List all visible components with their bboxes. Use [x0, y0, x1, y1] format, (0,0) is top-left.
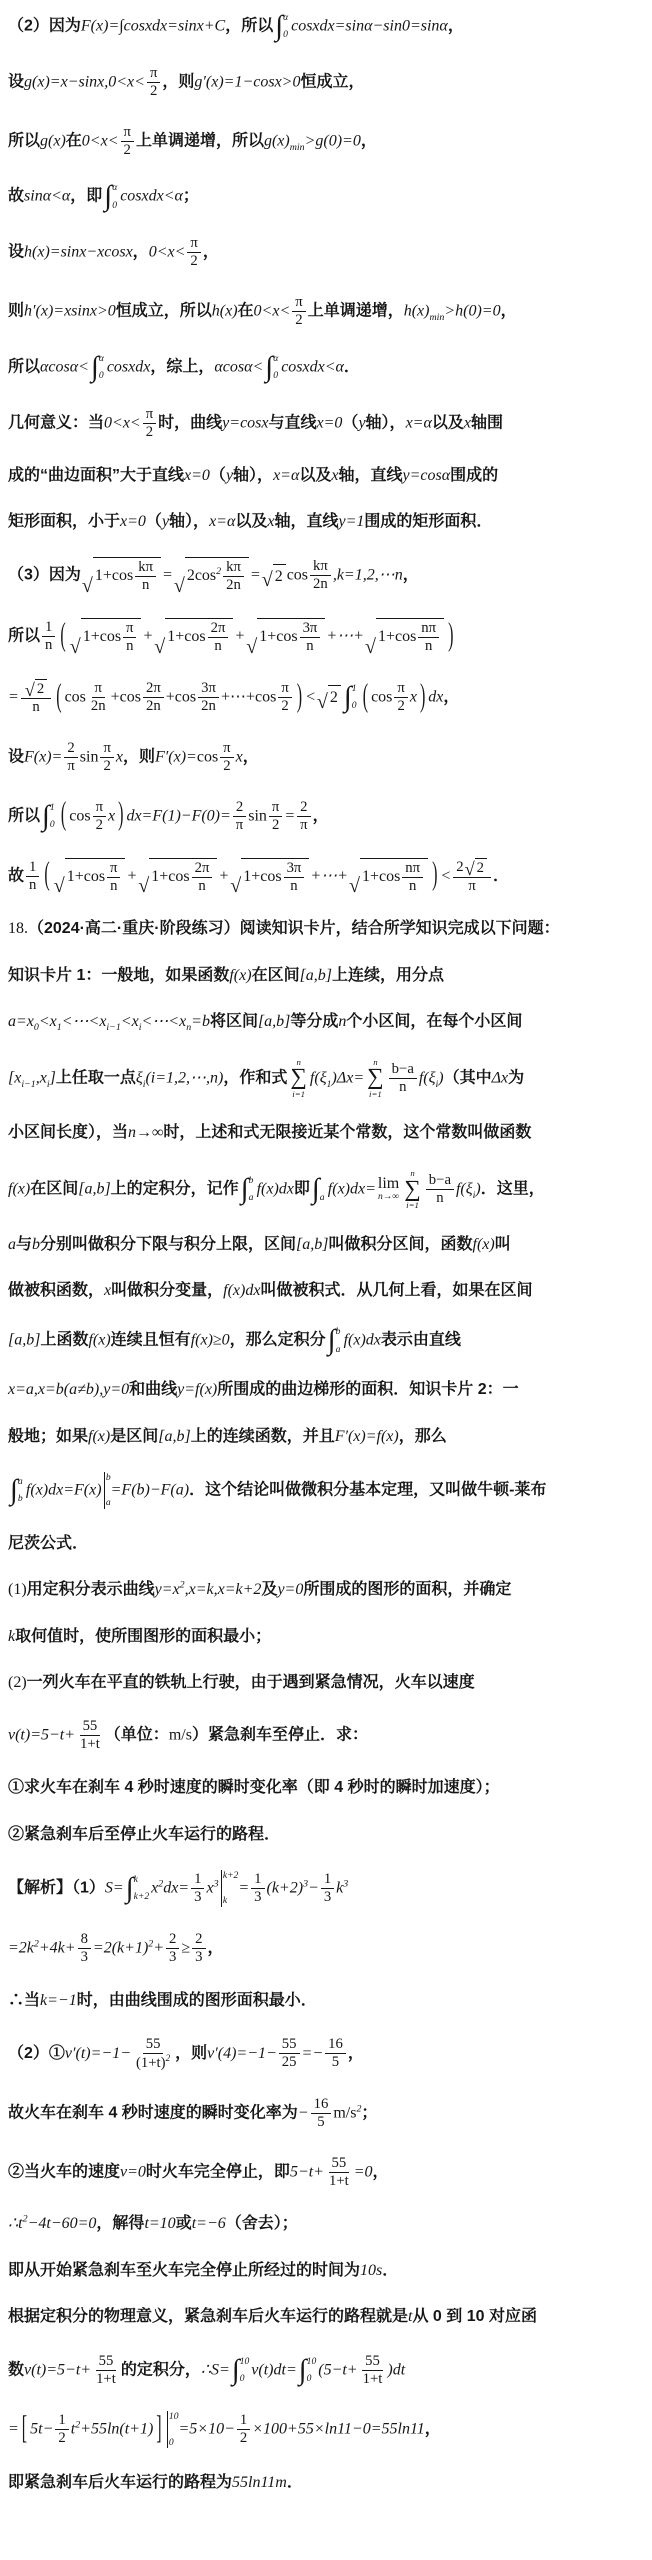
math-run: =0 [354, 2163, 373, 2180]
fraction: kπ2n [223, 559, 244, 594]
text-run: ， [501, 303, 517, 320]
document-line-47: 即紧急刹车后火车运行的路程为55ln11m． [8, 2472, 648, 2494]
text-run: 即紧急刹车后火车运行的路程为 [8, 2474, 232, 2491]
math-run: y=cosx [222, 414, 268, 431]
fraction: π2 [100, 740, 113, 775]
big-bracket: ) [118, 794, 123, 840]
fraction: 551+t [360, 2353, 386, 2388]
math-run: x [236, 749, 243, 766]
math-run: t=10 [144, 2215, 175, 2232]
text-run: ． [287, 2474, 303, 2491]
math-run: + [234, 628, 245, 645]
fraction: 12 [55, 2412, 68, 2447]
text-run: 为 [508, 1069, 524, 1086]
fraction: πn [123, 620, 136, 655]
fraction: π2 [278, 680, 291, 715]
text-run: 轴）， [169, 513, 209, 530]
math-roman-run: +⋯+cos [221, 689, 276, 706]
text-run: 上连续，用分点 [332, 967, 444, 984]
big-bracket: ] [156, 2407, 161, 2453]
text-run: ， [373, 2163, 389, 2180]
math-run: = [284, 807, 295, 824]
fraction: 13 [321, 1871, 334, 1906]
radical: √1+cos2πn [138, 858, 217, 895]
text-run: 故 [8, 188, 24, 205]
text-run: ，所以 [225, 18, 273, 35]
text-run: 上的连续函数，并且 [191, 1428, 335, 1445]
math-run: (5−t+ [318, 2361, 357, 2378]
radical: √1+cosπn [54, 858, 126, 895]
document-line-2: 设g(x)=x−sinx,0<x<π2，则g′(x)=1−cosx>0恒成立， [8, 65, 648, 100]
text-run: （舍去）； [226, 2215, 298, 2232]
math-run: [a,b] [258, 1013, 290, 1030]
text-run: 从 0 到 10 对应函 [412, 2308, 536, 2325]
radical: √1+cos3πn [246, 618, 325, 655]
fraction: 23 [192, 1931, 205, 1966]
math-run: + [126, 867, 137, 884]
text-run: 以及 [235, 513, 267, 530]
math-roman-run: 2cos [187, 567, 216, 584]
math-run: + [218, 867, 229, 884]
document-line-20: [xi−1,xi]上任取一点ξi(i=1,2,⋯,n)，作和式n∑i=1f(ξ1… [8, 1058, 648, 1099]
fraction: π2n [88, 680, 109, 715]
text-run: 上函数 [40, 1332, 88, 1349]
math-roman-run: cos [69, 807, 90, 824]
document-line-13: =√2n(cosπ2n+cos2π2n+cos3π2n+⋯+cosπ2)<√2∫… [8, 679, 648, 716]
math-run: y [358, 414, 365, 431]
text-run: 轴，直线 [274, 513, 338, 530]
text-run: ． [493, 867, 509, 884]
big-bracket: ( [363, 675, 368, 721]
subscript: min [429, 312, 444, 323]
math-roman-run: sin [80, 749, 99, 766]
text-run: ，即 [70, 188, 102, 205]
math-run: g(x) [264, 132, 290, 149]
text-run: 所围成的曲边梯形的面积．知识卡片 2：一 [217, 1381, 518, 1398]
text-run: （2）① [8, 2045, 65, 2062]
math-run: x=a,x=b(a≠b),y=0 [8, 1381, 129, 1398]
math-run: t=−6 [192, 2215, 226, 2232]
big-bracket: ) [448, 614, 453, 660]
math-run: (i=1,2,⋯,n) [145, 1069, 223, 1086]
math-run: v(t)dt= [251, 2361, 296, 2378]
math-run: )dt [387, 2361, 405, 2378]
document-line-18: 知识卡片 1：一般地，如果函数f(x)在区间[a,b]上连续，用分点 [8, 965, 648, 987]
text-run: 在 [238, 303, 254, 320]
math-run: h′(x)=xsinx>0 [24, 303, 116, 320]
math-run: αcosα< [214, 359, 263, 376]
math-run: Δx [492, 1069, 509, 1086]
integral: ∫ba [241, 1175, 255, 1204]
radical: √1+cosnπn [349, 858, 428, 895]
document-line-35: ②紧急刹车后至停止火车运行的路程． [8, 1824, 648, 1846]
radical: √2 [25, 679, 47, 698]
math-run: −4t−60=0 [28, 2215, 97, 2232]
subscript: i−1 [21, 1078, 35, 1089]
fraction: πn [107, 860, 120, 895]
fraction: 23 [166, 1931, 179, 1966]
text-run: 或 [176, 2215, 192, 2232]
math-run: αcosα< [40, 359, 89, 376]
text-run: 【解析】（1） [8, 1880, 105, 1897]
math-run: f(ξ [419, 1069, 436, 1086]
math-run: f(x) [473, 1236, 495, 1253]
math-run: ≥ [181, 1939, 190, 1956]
evaluation-bar: k+2k [219, 1870, 239, 1907]
math-run: = [250, 567, 261, 584]
radical: √2 [262, 564, 286, 588]
text-run: 以及 [432, 414, 464, 431]
integral: ∫100 [232, 2356, 249, 2385]
integral: ∫kk+2 [126, 1874, 149, 1903]
fraction: 165 [311, 2096, 332, 2131]
text-run: 及 [261, 1581, 277, 1598]
fraction: 5525 [279, 2036, 300, 2071]
document-line-31: k取何值时，使所围图形的面积最小； [8, 1626, 648, 1648]
math-roman-run: 1+cos [167, 628, 205, 645]
text-run: 叫做积分变量， [111, 1282, 223, 1299]
fraction: nπn [402, 860, 423, 895]
text-run: ，解得 [96, 2215, 144, 2232]
text-run: 以及 [299, 467, 331, 484]
superscript: 2 [216, 566, 221, 577]
math-run: sinα<α [24, 188, 70, 205]
math-run: ,k=1,2,⋯n [333, 567, 403, 584]
big-bracket: ( [61, 794, 66, 840]
text-run: 在 [66, 132, 82, 149]
math-run: − [308, 1880, 319, 1897]
document-line-34: ①求火车在刹车 4 秒时速度的瞬时变化率（即 4 秒时的瞬时加速度）； [8, 1777, 648, 1799]
math-run: cosxdx<α [281, 359, 344, 376]
math-run: <x [39, 1013, 57, 1030]
text-run: ， [243, 749, 259, 766]
math-roman-run: (1+t) [136, 2055, 166, 2071]
text-run: 几何意义：当 [8, 414, 104, 431]
math-run: [a,b] [296, 1236, 328, 1253]
math-run: f(x)dx [344, 1332, 381, 1349]
document-line-36: 【解析】（1）S=∫kk+2x2dx=13x3k+2k=13(k+2)3−13k… [8, 1870, 648, 1907]
text-run: 时火车完全停止，即 [146, 2163, 290, 2180]
math-roman-run: (2) [8, 1674, 27, 1691]
text-run: 成的“曲边面积”大于直线 [8, 467, 184, 484]
text-run: （ [210, 467, 226, 484]
math-run: ∴S= [201, 2361, 230, 2378]
fraction: 2π2n [143, 680, 164, 715]
text-run: 所以 [8, 359, 40, 376]
text-run: ，则 [175, 2045, 207, 2062]
math-run: =2(k+1) [93, 1939, 148, 1956]
text-run: 矩形面积，小于 [8, 513, 120, 530]
text-run: 所以 [8, 628, 40, 645]
math-run: ∴t [8, 2215, 23, 2232]
text-run: 的定积分， [121, 2361, 201, 2378]
text-run: 根据定积分的物理意义，紧急刹车后火车运行的路程就是 [8, 2308, 408, 2325]
text-run: ， [348, 2045, 364, 2062]
fraction: kπ2n [310, 558, 331, 593]
math-run: F(x)= [24, 749, 62, 766]
text-run: 个小区间，在每个小区间 [346, 1013, 522, 1030]
integral: ∫α0 [275, 12, 289, 41]
math-run: x [206, 1880, 213, 1897]
document-line-27: 般地；如果f(x)是区间[a,b]上的连续函数，并且F′(x)=f(x)，那么 [8, 1426, 648, 1448]
math-run: [a,b] [300, 967, 332, 984]
text-run: 叫 [495, 1236, 511, 1253]
math-run: ,x=k,x=k+2 [185, 1581, 262, 1598]
text-run: ． [382, 2262, 398, 2279]
text-run: 上单调递增， [308, 303, 404, 320]
math-run: x [108, 807, 115, 824]
math-run: f(x)dx=F(x) [26, 1482, 102, 1499]
text-run: （单位： [105, 1727, 169, 1744]
integral: ∫100 [299, 2356, 316, 2385]
text-run: 所围成的图形的面积，并确定 [303, 1581, 511, 1598]
fraction: √2n [21, 679, 51, 716]
text-run: 和曲线 [129, 1381, 177, 1398]
fraction: π2 [143, 406, 156, 441]
math-run: +55ln(t+1) [80, 2421, 153, 2438]
math-run: =− [302, 2045, 324, 2062]
radical: √2 [465, 858, 487, 877]
fraction: 2πn [208, 620, 229, 655]
math-run: y=0 [277, 1581, 303, 1598]
fraction: π2 [220, 740, 233, 775]
text-run: 时，由曲线围成的图形面积最小． [77, 1992, 317, 2009]
text-run: ， [313, 807, 329, 824]
math-roman-run: +cos [111, 689, 141, 706]
fraction: 12 [237, 2412, 250, 2447]
math-run: 0<x< [254, 303, 291, 320]
text-run: ②紧急刹车后至停止火车运行的路程． [8, 1826, 280, 1843]
fraction: π2 [147, 65, 160, 100]
text-run: ， [448, 18, 464, 35]
integral: ∫a [312, 1175, 326, 1204]
document-line-28: ∫abf(x)dx=F(x)ba=F(b)−F(a)．这个结论叫做微积分基本定理… [8, 1472, 648, 1509]
math-run: <⋯<x [62, 1013, 107, 1030]
text-run: ， [361, 132, 377, 149]
fraction: 1n [26, 859, 39, 894]
big-bracket: ) [420, 675, 425, 721]
text-run: 轴）， [366, 414, 406, 431]
text-run: 将区间 [210, 1013, 258, 1030]
text-run: 尼茨公式． [8, 1535, 88, 1552]
math-roman-run: 1+cos [95, 567, 133, 584]
text-run: 分别叫做积分下限与积分上限，区间 [40, 1236, 296, 1253]
subscript: i−1 [106, 1022, 120, 1033]
fraction: nπn [418, 620, 439, 655]
document-line-7: 所以αcosα<∫α0cosxdx，综上，αcosα<∫α0cosxdx<α． [8, 353, 648, 382]
math-run: h(x) [404, 303, 430, 320]
text-run: （ [146, 513, 162, 530]
text-run: ∴当 [8, 1992, 40, 2009]
fraction: b−an [389, 1061, 417, 1096]
fraction: π2 [292, 294, 305, 329]
math-roman-run: 1+cos [259, 628, 297, 645]
text-run: 与直线 [269, 414, 317, 431]
text-run: 所以 [8, 132, 40, 149]
text-run: 等分成 [290, 1013, 338, 1030]
fraction: 1n [42, 619, 55, 654]
text-run: ， [208, 1939, 224, 1956]
text-run: 是区间 [110, 1428, 158, 1445]
text-run: ，那么 [399, 1428, 447, 1445]
text-run: 用定积分表示曲线 [27, 1581, 155, 1598]
superscript: 3 [343, 1878, 348, 1889]
text-run: ，作和式 [223, 1069, 287, 1086]
math-run: [a,b] [158, 1428, 190, 1445]
integral: ∫ab [10, 1476, 24, 1505]
text-run: 叫做积分区间，函数 [328, 1236, 472, 1253]
fraction: 83 [78, 1931, 91, 1966]
math-run: +4k+ [39, 1939, 76, 1956]
math-run: dx= [163, 1880, 189, 1897]
document-line-12: 所以1n(√1+cosπn+√1+cos2πn+√1+cos3πn+⋯+√1+c… [8, 618, 648, 655]
document-line-14: 设F(x)=2πsinπ2x，则F′(x)=cosπ2x， [8, 740, 648, 775]
math-run: [a,b] [78, 1180, 110, 1197]
fraction: b−an [426, 1172, 454, 1207]
integral: ∫ba [328, 1326, 342, 1355]
text-run: 小区间长度），当 [8, 1124, 128, 1141]
document-line-9: 成的“曲边面积”大于直线x=0（y轴），x=α以及x轴，直线y=cosα围成的 [8, 465, 648, 487]
math-roman-run: cos [65, 689, 86, 706]
fraction: 55(1+t)2 [133, 2036, 173, 2072]
math-run: n→∞ [128, 1124, 163, 1141]
math-run: v(t)=5−t+ [8, 1727, 75, 1744]
document-line-16: 故1n(√1+cosπn+√1+cos2πn+√1+cos3πn+⋯+√1+co… [8, 858, 648, 895]
math-run: < [305, 689, 316, 706]
math-run: = [238, 1880, 249, 1897]
fraction: 551+t [93, 2353, 119, 2388]
math-run: y [162, 513, 169, 530]
document-line-30: (1)用定积分表示曲线y=x2,x=k,x=k+2及y=0所围成的图形的面积，并… [8, 1579, 648, 1601]
math-run: = [8, 2421, 19, 2438]
limit-operator: limn→∞ [378, 1176, 399, 1202]
text-run: ，那么定积分 [230, 1332, 326, 1349]
text-run: 取何值时，使所围图形的面积最小； [15, 1628, 271, 1645]
math-run: + [142, 628, 153, 645]
integral: ∫10 [42, 802, 56, 831]
math-roman-run: (1) [8, 1581, 27, 1598]
document-line-25: [a,b]上函数f(x)连续且恒有f(x)≥0，那么定积分∫baf(x)dx表示… [8, 1326, 648, 1355]
fraction: 165 [325, 2036, 346, 2071]
text-run: 时，上述和式无限接近某个常数，这个常数叫做函数 [163, 1124, 531, 1141]
math-roman-run: cos [371, 689, 392, 706]
text-run: ，则 [123, 749, 155, 766]
fraction: π2 [93, 799, 106, 834]
math-run: cosxdx=sinα−sin0=sinα [291, 18, 448, 35]
fraction: π2 [269, 799, 282, 834]
document-line-17: 18.（2024·高二·重庆·阶段练习）阅读知识卡片，结合所学知识完成以下问题： [8, 918, 648, 940]
text-run: ． [344, 359, 360, 376]
math-run: 55ln11m [232, 2474, 287, 2491]
document-line-24: 做被积函数，x叫做积分变量，f(x)dx叫做被积式．从几何上看，如果在区间 [8, 1280, 648, 1302]
fraction: 2π [297, 799, 310, 834]
text-run: 轴，直线 [338, 467, 402, 484]
math-run: y [226, 467, 233, 484]
text-run: ．这里， [481, 1180, 545, 1197]
document-line-29: 尼茨公式． [8, 1533, 648, 1555]
text-run: ； [361, 2104, 377, 2121]
text-run: 叫做被积式．从几何上看，如果在区间 [260, 1282, 532, 1299]
math-run: y=f(x) [177, 1381, 217, 1398]
math-run: f(x) [88, 1332, 110, 1349]
text-run: ，则 [162, 73, 194, 90]
document-line-26: x=a,x=b(a≠b),y=0和曲线y=f(x)所围成的曲边梯形的面积．知识卡… [8, 1379, 648, 1401]
text-run: ， [133, 244, 149, 261]
math-run: x=0 [317, 414, 343, 431]
subscript: min [290, 141, 305, 152]
math-run: v=0 [120, 2163, 146, 2180]
document-line-32: (2)一列火车在平直的铁轨上行驶，由于遇到紧急情况，火车以速度 [8, 1672, 648, 1694]
document-line-23: a与b分别叫做积分下限与积分上限，区间[a,b]叫做积分区间，函数f(x)叫 [8, 1234, 648, 1256]
text-run: ； [183, 188, 199, 205]
radical: √1+cosπn [70, 618, 142, 655]
text-run: ）紧急刹车至停止．求： [192, 1727, 368, 1744]
math-roman-run: +cos [166, 689, 196, 706]
math-run: )Δx= [332, 1069, 365, 1086]
math-run: f(x)dx= [328, 1180, 376, 1197]
text-run: 上的定积分，记作 [111, 1180, 239, 1197]
text-run: ①求火车在刹车 4 秒时速度的瞬时变化率（即 4 秒时的瞬时加速度）； [8, 1779, 500, 1796]
math-run: f(ξ [310, 1069, 327, 1086]
fraction: π2 [121, 124, 134, 159]
math-run: b [32, 1236, 40, 1253]
fraction: 3π2n [198, 680, 219, 715]
math-run: f(x)≥0 [191, 1332, 230, 1349]
text-run: 设 [8, 749, 24, 766]
math-roman-run: 18. [8, 920, 28, 937]
document-line-39: （2）①v′(t)=−1−55(1+t)2，则v′(4)=−1−5525=−16… [8, 2036, 648, 2072]
math-run: 0<x< [82, 132, 119, 149]
text-run: 知识卡片 1：一般地，如果函数 [8, 967, 229, 984]
math-run: x=0 [120, 513, 146, 530]
document-line-1: （2）因为F(x)=∫cosxdx=sinx+C，所以∫α0cosxdx=sin… [8, 12, 648, 41]
text-run: 般地；如果 [8, 1428, 88, 1445]
math-run: x [410, 689, 417, 706]
text-run: 与 [16, 1236, 32, 1253]
radical: √1+cos3πn [230, 858, 309, 895]
fraction: 3πn [284, 860, 305, 895]
text-run: 即 [294, 1180, 310, 1197]
math-run: k=−1 [40, 1992, 77, 2009]
math-run: dx=F(1)−F(0)= [126, 807, 230, 824]
math-run: =b [191, 1013, 210, 1030]
math-run: ξ [136, 1069, 143, 1086]
math-run: v′(t)=−1− [65, 2045, 131, 2062]
fraction: 2√2π [453, 858, 491, 895]
text-run: 围成的 [450, 467, 498, 484]
math-run: [x [8, 1069, 21, 1086]
radical: √1+cosnπn [365, 618, 444, 655]
text-run: 则 [8, 303, 24, 320]
big-bracket: ( [60, 614, 65, 660]
math-run: >g(0)=0 [305, 132, 361, 149]
text-run: ，综上， [150, 359, 214, 376]
math-run: a [8, 1236, 16, 1253]
text-run: ， [203, 244, 219, 261]
math-run: +⋯+ [310, 867, 348, 884]
text-run: （其中 [444, 1069, 492, 1086]
text-run: （2）因为 [8, 18, 81, 35]
text-run: 时，曲线 [158, 414, 222, 431]
math-run: cosxdx [107, 359, 151, 376]
math-run: cosxdx<α [120, 188, 183, 205]
document-line-22: f(x)在区间[a,b]上的定积分，记作∫baf(x)dx即∫af(x)dx=l… [8, 1169, 648, 1210]
math-run: f(x) [229, 967, 251, 984]
fraction: 2πn [192, 860, 213, 895]
math-run: f(ξ [456, 1180, 473, 1197]
document-line-10: 矩形面积，小于x=0（y轴），x=α以及x轴，直线y=1围成的矩形面积． [8, 511, 648, 533]
text-run: 恒成立，所以 [116, 303, 212, 320]
